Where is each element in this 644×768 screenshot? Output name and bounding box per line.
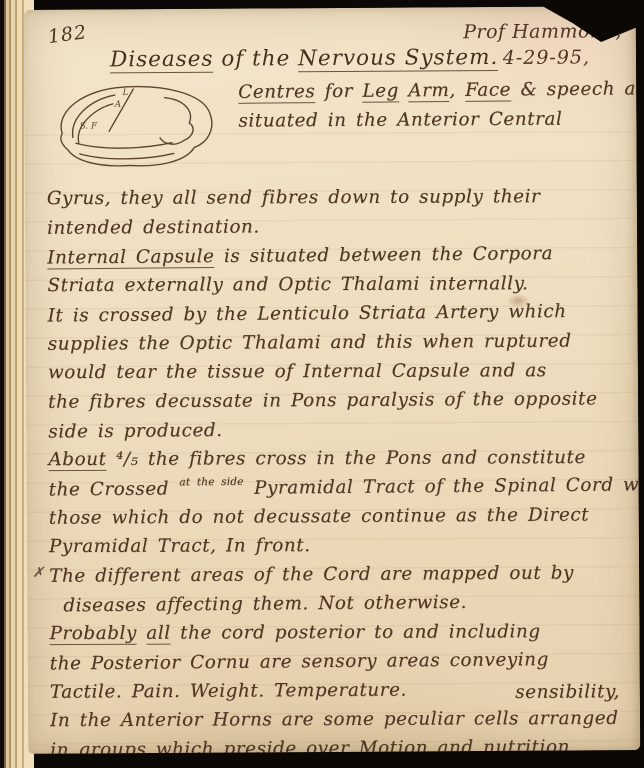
text-run: It is crossed by the Lenticulo Striata A… — [48, 301, 567, 327]
manuscript-line: Centres for Leg Arm, Face & speech are — [46, 74, 624, 108]
underlined-text: Diseases — [110, 47, 214, 74]
underlined-text: About — [48, 449, 106, 471]
underlined-text: Arm — [408, 80, 449, 102]
manuscript-line: the fibres decussate in Pons paralysis o… — [48, 384, 626, 417]
manuscript-line: would tear the tissue of Internal Capsul… — [48, 356, 626, 387]
text-run: supplies the Optic Thalami and this when… — [48, 331, 572, 355]
text-run: the fibres decussate in Pons paralysis o… — [48, 388, 597, 412]
title-row: Diseases of the Nervous System. 4-29-95, — [24, 42, 636, 73]
manuscript-line: intended destination. — [47, 210, 625, 243]
manuscript-line: the Posterior Cornu are sensory areas co… — [50, 644, 628, 678]
text-run: diseases affecting them. Not otherwise. — [63, 592, 467, 617]
manuscript-line: those which do not decussate continue as… — [49, 500, 627, 533]
temporal-line-1 — [76, 143, 172, 149]
text-run: In the Anterior Horns are some peculiar … — [50, 708, 619, 731]
text-run: the Crossed — [49, 478, 179, 500]
manuscript-line: In the Anterior Horns are some peculiar … — [50, 704, 628, 735]
manuscript-line: It is crossed by the Lenticulo Striata A… — [47, 296, 625, 330]
lecture-date: 4-29-95, — [503, 46, 590, 69]
manuscript-line: Pyramidal Tract, In front. — [49, 530, 627, 561]
underlined-text: all — [146, 623, 170, 645]
inline-right-note: sensibility, — [515, 677, 620, 707]
manuscript-line: Gyrus, they all send fibres down to supp… — [47, 182, 625, 213]
text-run: in groups which preside over Motion and … — [50, 737, 570, 754]
page-header: 182 Prof Hammond, — [24, 6, 636, 46]
text-run: side is produced. — [48, 420, 222, 443]
text-run: situated in the Anterior Central — [238, 109, 562, 132]
text-run: those which do not decussate continue as… — [49, 504, 589, 528]
manuscript-line: in groups which preside over Motion and … — [50, 732, 628, 754]
underlined-text: Face — [465, 79, 511, 101]
temporal-line-2 — [80, 153, 174, 159]
text-run: , — [449, 80, 465, 101]
manuscript-line: diseases affecting them. Not otherwise. — [49, 586, 627, 620]
manuscript-line: the Crossed at the side Pyramidal Tract … — [49, 470, 627, 504]
underlined-text: Leg — [362, 80, 399, 102]
underlined-text: Nervous System. — [298, 45, 498, 72]
manuscript-body: L A S. F Centres for Leg Arm, Face & spe… — [24, 69, 640, 754]
underlined-text: Internal Capsule — [47, 246, 214, 269]
text-run: the Posterior Cornu are sensory areas co… — [50, 649, 549, 674]
text-run: would tear the tissue of Internal Capsul… — [48, 360, 547, 383]
text-run: Pyramidal Tract, In front. — [49, 535, 311, 557]
text-run: The different areas of the Cord are mapp… — [49, 563, 574, 587]
underlined-text: Probably — [50, 623, 137, 645]
text-run — [399, 80, 409, 101]
manuscript-line: side is produced. — [48, 412, 626, 446]
inserted-superscript-text: at the side — [179, 476, 243, 489]
text-run: Striata externally and Optic Thalami int… — [47, 273, 528, 296]
manuscript-line: ✗The different areas of the Cord are map… — [49, 558, 627, 591]
notebook-page: 182 Prof Hammond, Diseases of the Nervou… — [24, 6, 641, 754]
margin-mark: ✗ — [32, 559, 45, 588]
page-number: 182 — [47, 21, 89, 48]
page-title: Diseases of the Nervous System. — [110, 45, 498, 72]
manuscript-line: Internal Capsule is situated between the… — [47, 238, 625, 272]
text-run: & speech are — [511, 78, 640, 100]
text-run: the cord posterior to and including — [171, 621, 541, 643]
text-run: is situated between the Corpora — [214, 243, 553, 267]
text-run: Tactile. Pain. Weight. Temperature. — [50, 680, 407, 703]
text-run: Pyramidal Tract of the Spinal Cord while — [245, 474, 641, 499]
text-run: ⁴/₅ the fibres cross in the Pons and con… — [106, 447, 585, 470]
manuscript-line: supplies the Optic Thalami and this when… — [48, 326, 626, 359]
text-run: Gyrus, they all send fibres down to supp… — [47, 186, 541, 209]
text-run: for — [315, 81, 362, 102]
text-run: of the — [213, 46, 298, 72]
text-run — [137, 623, 147, 644]
manuscript-line: Tactile. Pain. Weight. Temperature.sensi… — [50, 674, 628, 707]
text-run: intended destination. — [47, 216, 260, 238]
underlined-text: Centres — [238, 81, 315, 104]
manuscript-line: Probably all the cord posterior to and i… — [49, 617, 627, 648]
manuscript-line: situated in the Anterior Central — [46, 104, 624, 137]
scanned-notebook-photo: { "page": { "number": "182", "professor"… — [0, 0, 644, 768]
manuscript-line: About ⁴/₅ the fibres cross in the Pons a… — [48, 443, 626, 474]
manuscript-line: Striata externally and Optic Thalami int… — [47, 269, 625, 300]
